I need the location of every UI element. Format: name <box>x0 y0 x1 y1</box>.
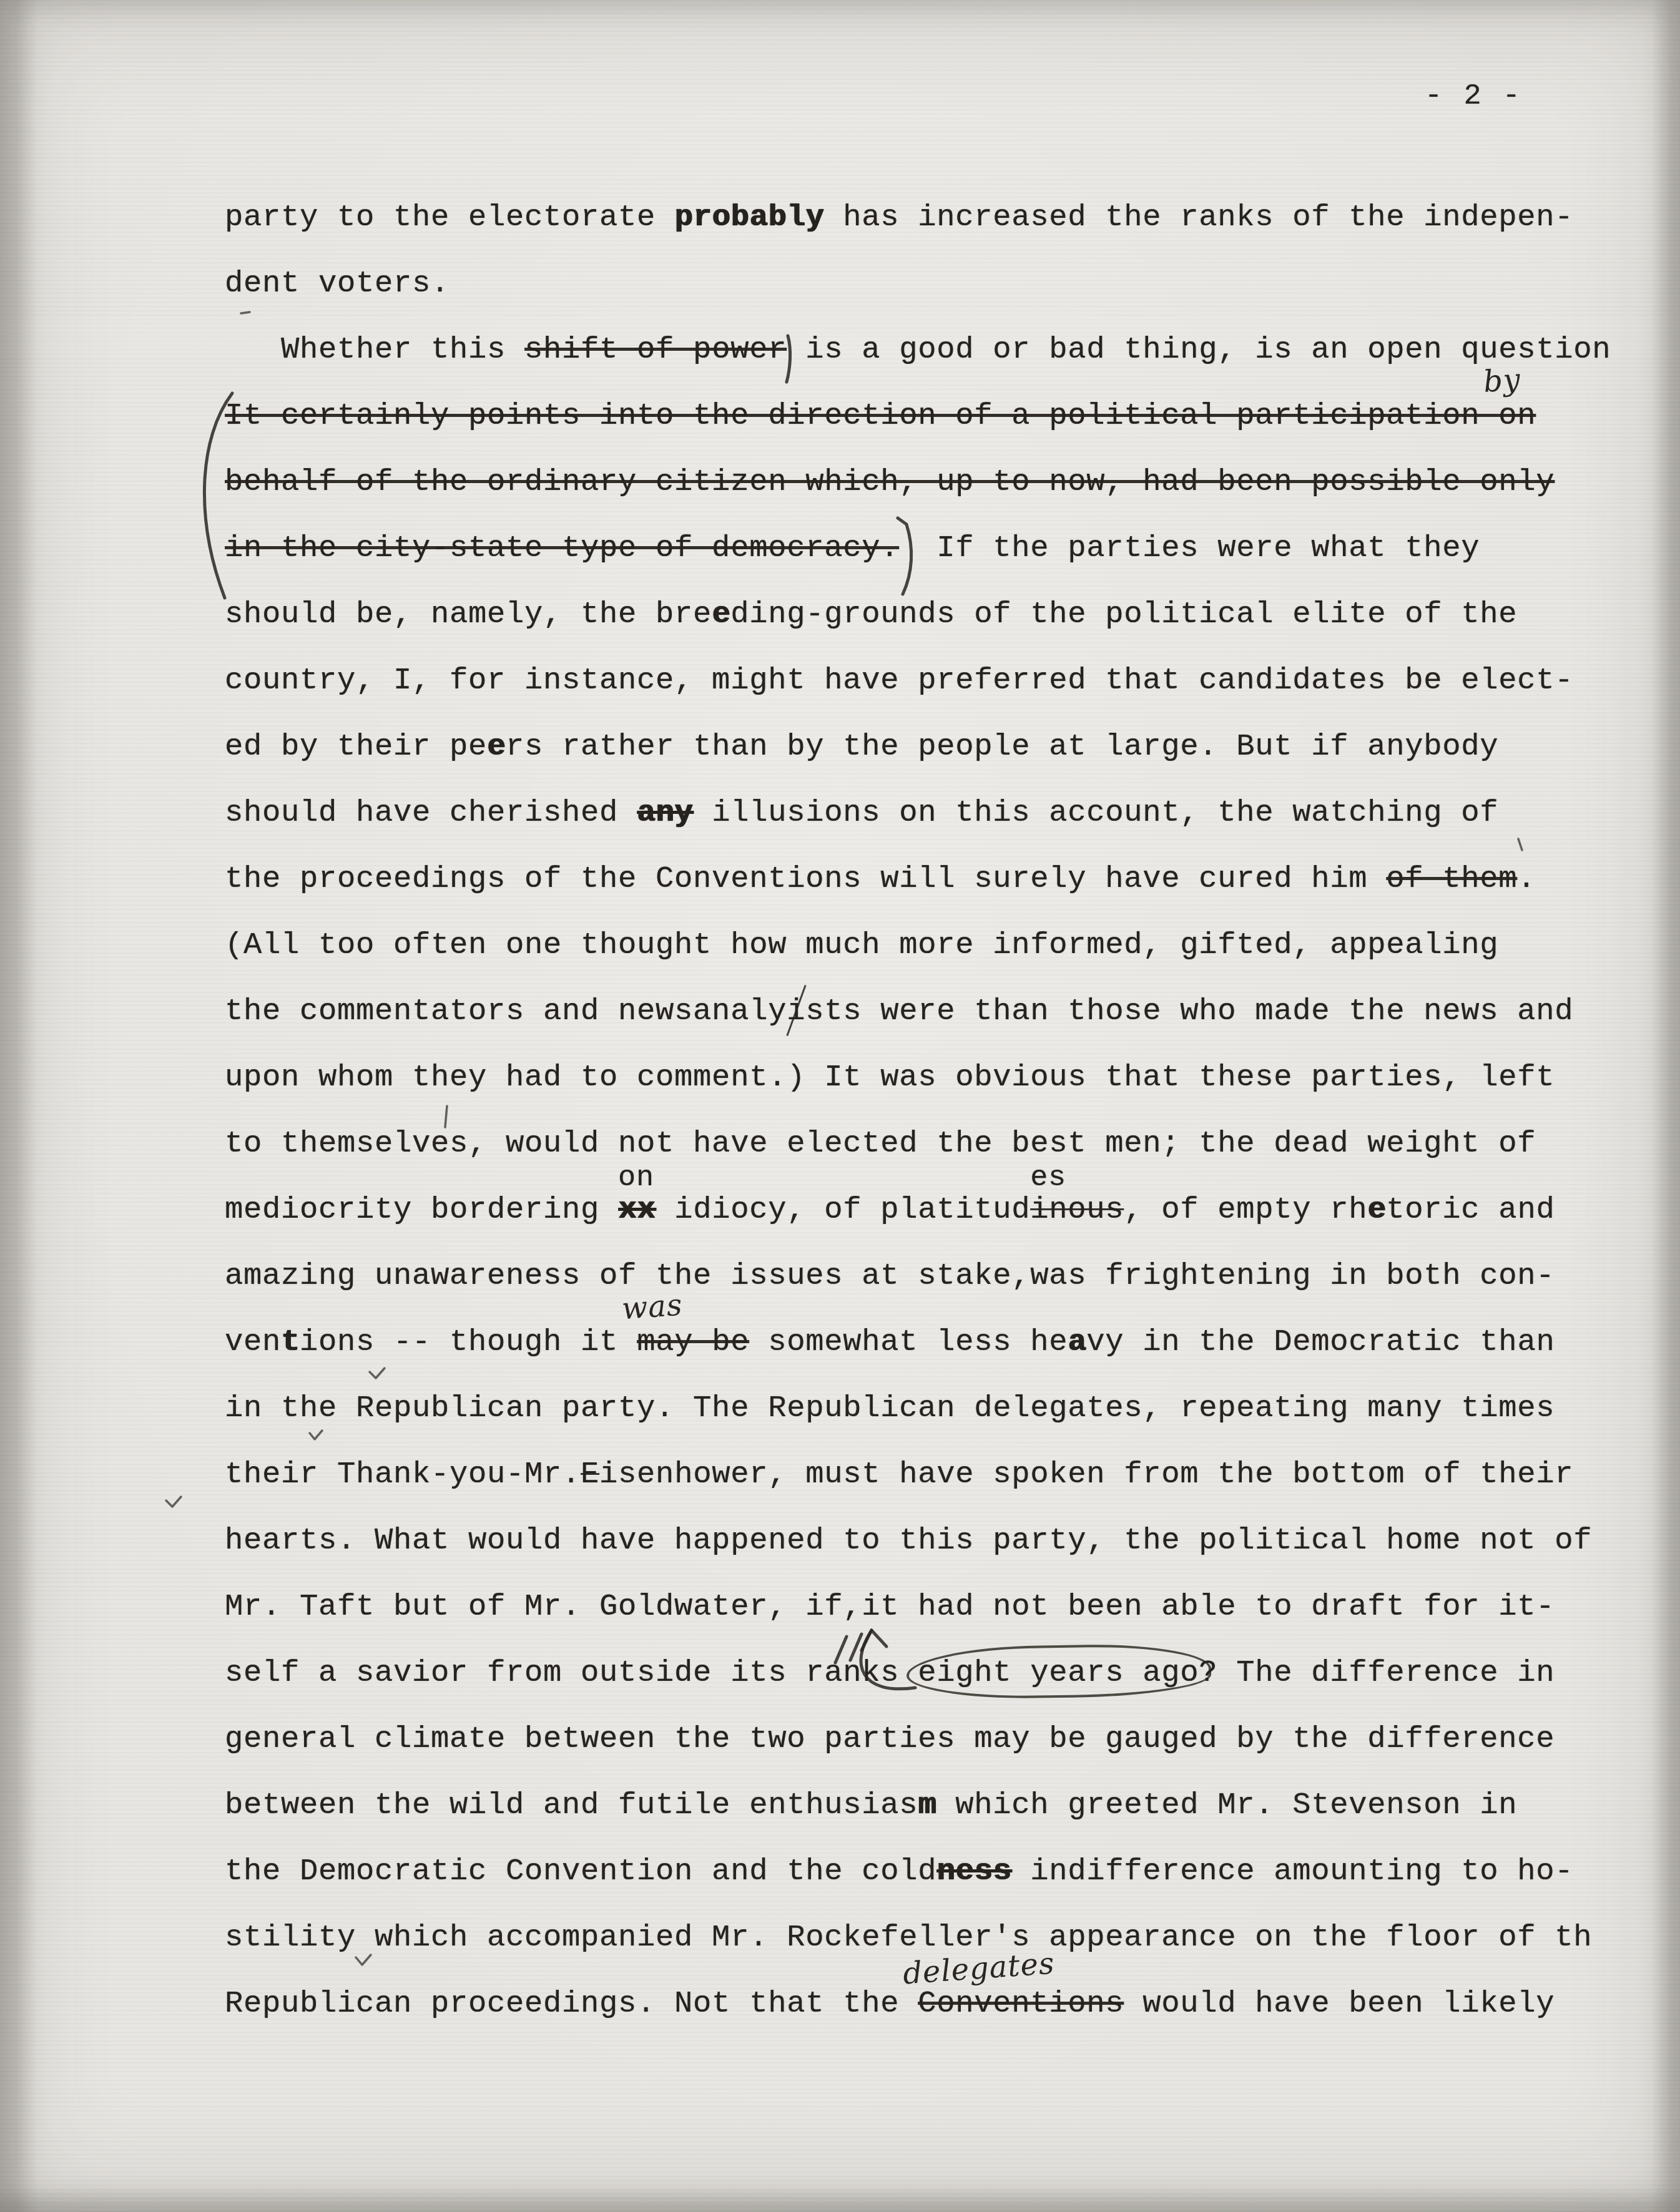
typed-line: the Democratic Convention and the coldne… <box>225 1849 1573 1894</box>
typed-segment: vy in the Democratic than <box>1086 1324 1555 1359</box>
typed-line: should be, namely, the breeding-grounds … <box>225 592 1517 637</box>
typed-line: in the Republican party. The Republican … <box>225 1386 1555 1431</box>
typed-segment: would have been likely <box>1124 1986 1555 2021</box>
typed-segment-st: any <box>637 795 693 830</box>
typed-segment: should be, namely, the bre <box>225 597 712 632</box>
typed-segment-st: xxon <box>618 1192 656 1227</box>
typed-segment: illusions on this account, the watching … <box>693 795 1498 830</box>
typed-segment: upon whom they had to comment.) It was o… <box>225 1060 1555 1095</box>
typed-line: dent voters. <box>225 261 449 306</box>
typed-line: should have cherished any illusions on t… <box>225 790 1498 835</box>
typed-line: ventions -- though it may bewas somewhat… <box>225 1319 1555 1364</box>
typed-segment: dent voters. <box>225 266 449 301</box>
typed-line: the commentators and newsanalyists were … <box>225 989 1573 1034</box>
typed-segment: hearts. What would have happened to this… <box>225 1523 1592 1558</box>
typed-segment: mediocrity bordering <box>225 1192 618 1227</box>
typed-line: self a savior from outside its ranks eig… <box>225 1650 1555 1695</box>
typed-segment-ot: e <box>712 597 730 632</box>
typed-segment-slash: i <box>787 989 805 1034</box>
typed-line: country, I, for instance, might have pre… <box>225 658 1573 703</box>
typed-segment: Mr. Taft but of Mr. Goldwater, if,it had… <box>225 1589 1555 1624</box>
typed-segment: self a savior from outside its ranks <box>225 1655 918 1690</box>
typed-line: to themselves, would not have elected th… <box>225 1121 1536 1166</box>
typed-segment-st: of them <box>1386 861 1517 896</box>
typed-segment: the commentators and newsanaly <box>225 994 787 1029</box>
typed-line: in the city-state type of democracy. If … <box>225 526 1480 570</box>
typed-segment-ot: m <box>918 1788 936 1823</box>
typed-segment-st: onby <box>1498 398 1536 433</box>
typed-line: mediocrity bordering xxon idiocy, of pla… <box>225 1187 1555 1232</box>
typed-line: the proceedings of the Conventions will … <box>225 856 1536 901</box>
typed-segment: stility which accompanied Mr. Rockefelle… <box>225 1920 1592 1955</box>
typed-segment: should have cherished <box>225 795 637 830</box>
typed-segment: the Democratic Convention and the cold <box>225 1854 936 1889</box>
typed-segment: between the wild and futile enthusias <box>225 1788 918 1823</box>
typed-segment-ot: e <box>1367 1192 1386 1227</box>
typed-segment-circ: eight years ago <box>918 1655 1199 1690</box>
typed-segment-st: in the city-state type of democracy. <box>225 531 899 565</box>
typed-segment-st: It certainly points into the direction o… <box>225 398 1498 433</box>
typed-line: general climate between the two parties … <box>225 1716 1555 1761</box>
typed-segment: which greeted Mr. Stevenson in <box>936 1788 1517 1823</box>
typed-segment: their Thank-you-Mr. <box>225 1457 581 1492</box>
typed-insertion: on <box>618 1156 654 1201</box>
typed-segment: If the parties were what they <box>899 531 1480 565</box>
typed-segment-st: shift of power <box>524 332 787 367</box>
typed-segment: country, I, for instance, might have pre… <box>225 663 1573 698</box>
typed-segment: rs rather than by the people at large. B… <box>506 729 1498 764</box>
typed-segment-st: behalf of the ordinary citizen which, up… <box>225 464 1555 499</box>
typed-line: Whether this shift of power is a good or… <box>225 327 1611 372</box>
typed-line: behalf of the ordinary citizen which, up… <box>225 459 1555 504</box>
typed-segment: in the Republican party. The Republican … <box>225 1391 1555 1426</box>
typed-segment: indifference amounting to ho- <box>1011 1854 1573 1889</box>
typed-segment: ed by their pe <box>225 729 487 764</box>
typed-segment-st: Conventionsdelegates <box>918 1986 1124 2021</box>
typed-line: It certainly points into the direction o… <box>225 393 1536 438</box>
typed-segment: party to the electorate <box>225 200 674 235</box>
typed-line: party to the electorate probably has inc… <box>225 195 1573 240</box>
typed-line: Mr. Taft but of Mr. Goldwater, if,it had… <box>225 1584 1555 1629</box>
typed-line: (All too often one thought how much more… <box>225 922 1498 967</box>
typed-line: upon whom they had to comment.) It was o… <box>225 1055 1555 1100</box>
scanned-typewritten-page: - 2 - party to the electorate probably h… <box>0 0 1680 2212</box>
typed-segment: , of empty rh <box>1124 1192 1367 1227</box>
typed-segment: ions -- though it <box>300 1324 637 1359</box>
typed-line: Republican proceedings. Not that the Con… <box>225 1981 1555 2026</box>
typed-segment-ot: e <box>487 729 506 764</box>
typed-segment: Republican proceedings. Not that the <box>225 1986 918 2021</box>
typed-line: ed by their peers rather than by the peo… <box>225 724 1498 769</box>
handwritten-insertion: was <box>621 1283 684 1332</box>
typed-segment: has increased the ranks of the indepen- <box>824 200 1573 235</box>
typed-segment: general climate between the two parties … <box>225 1721 1555 1756</box>
typed-segment: idiocy, of platitud <box>656 1192 1030 1227</box>
typed-segment-st: ness <box>936 1854 1011 1889</box>
handwritten-insertion: delegates <box>901 1941 1056 1997</box>
typed-segment: somewhat less he <box>749 1324 1068 1359</box>
typed-segment-ot: a <box>1068 1324 1086 1359</box>
typed-insertion: es <box>1030 1156 1066 1201</box>
typed-line: between the wild and futile enthusiasm w… <box>225 1783 1517 1828</box>
typed-segment: isenhower, must have spoken from the bot… <box>599 1457 1573 1492</box>
typed-segment: ? The difference in <box>1199 1655 1555 1690</box>
typed-line: amazing unawareness of the issues at sta… <box>225 1253 1555 1298</box>
typed-segment: ding-grounds of the political elite of t… <box>730 597 1517 632</box>
typed-segment: to themselves, would not have elected th… <box>225 1126 1536 1161</box>
typed-segment-ot: probably <box>674 200 824 235</box>
typed-segment: . <box>1517 861 1536 896</box>
typed-segment-st: may bewas <box>637 1324 749 1359</box>
typed-segment: (All too often one thought how much more… <box>225 927 1498 962</box>
typed-segment: toric and <box>1386 1192 1555 1227</box>
typed-segment: amazing unawareness of the issues at sta… <box>225 1258 1555 1293</box>
handwritten-insertion: by <box>1482 357 1523 404</box>
typed-segment: Whether this <box>225 332 524 367</box>
typed-line: their Thank-you-Mr.Eisenhower, must have… <box>225 1452 1573 1497</box>
typed-segment: the proceedings of the Conventions will … <box>225 861 1386 896</box>
typed-segment-ot: t <box>281 1324 300 1359</box>
typed-segment: ven <box>225 1324 281 1359</box>
typed-segment: sts were than those who made the news an… <box>805 994 1573 1029</box>
typed-text-block: party to the electorate probably has inc… <box>0 0 1680 2212</box>
typed-segment-ts: inouses <box>1030 1192 1124 1227</box>
typed-segment-ts: E <box>581 1457 599 1492</box>
typed-line: hearts. What would have happened to this… <box>225 1518 1592 1563</box>
